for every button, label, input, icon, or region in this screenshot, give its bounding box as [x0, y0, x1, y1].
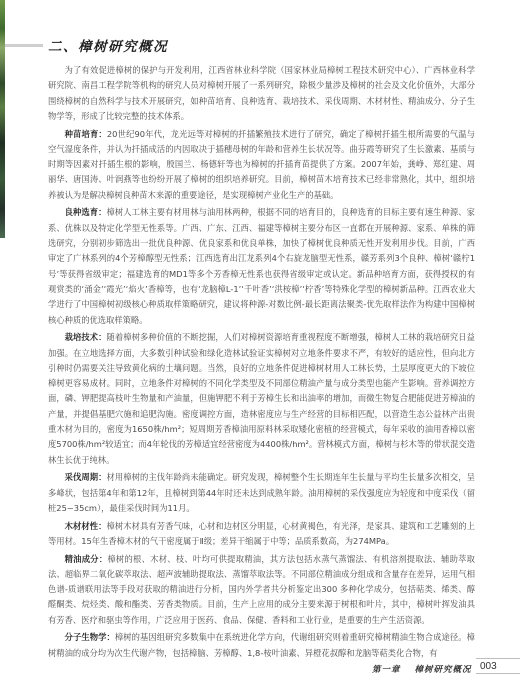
heading-accent-bar [5, 44, 43, 47]
decorative-foliage-strip [0, 0, 5, 238]
paragraph-term: 木材材性： [65, 521, 107, 531]
paragraph-wood: 木材材性：樟树木材具有芳香气味，心材和边材区分明显，心材黄褐色，有光泽，是家具、… [48, 519, 475, 550]
paragraph-essential-oil: 精油成分：樟树的根、木材、枝、叶均可供提取精油，其方法包括水蒸气蒸馏法、有机溶剂… [48, 552, 475, 628]
paragraph-term: 精油成分： [65, 554, 108, 564]
section-heading: 二、樟树研究概况 [48, 35, 168, 55]
paragraph-text: 随着樟树多种价值的不断挖掘，人们对樟树资源培育重视程度不断增强，樟树人工林的栽培… [48, 332, 475, 464]
paragraph-term: 良种选育： [65, 207, 107, 217]
paragraph-term: 栽培技术： [65, 332, 107, 342]
paragraph-term: 采伐周期： [65, 472, 107, 482]
paragraph-text: 樟树人工林主要有材用林与油用林两种，根据不同的培育目的，良种选育的目标主要有速生… [48, 207, 475, 324]
paragraph-text: 樟树的根、木材、枝、叶均可供提取精油，其方法包括水蒸气蒸馏法、有机溶剂提取法、辅… [48, 554, 475, 625]
chapter-title: 樟树研究概况 [415, 665, 472, 675]
paragraph-breeding: 良种选育：樟树人工林主要有材用林与油用林两种，根据不同的培育目的，良种选育的目标… [48, 205, 475, 327]
paragraph-term: 分子生物学： [65, 632, 115, 642]
paragraph-text: 为了有效促进樟树的保护与开发利用，江西省林业科学院（国家林业局樟树工程技术研究中… [48, 65, 475, 121]
paragraph-harvest: 采伐周期：材用樟树的主伐年龄尚未能确定。研究发现，樟树整个生长期连年生长量与平均… [48, 470, 475, 516]
page-number: 003 [476, 658, 520, 674]
paragraph-seedling: 种苗培育：20世纪90年代，龙光远等对樟树的扦插繁殖技术进行了研究，确定了樟树扦… [48, 127, 475, 203]
paragraph-intro: 为了有效促进樟树的保护与开发利用，江西省林业科学院（国家林业局樟树工程技术研究中… [48, 63, 475, 124]
paragraph-molecular: 分子生物学：樟树的基因组研究多数集中在系统进化学方向，代谢组研究则着重研究樟树精… [48, 630, 475, 661]
chapter-label: 第一章 [372, 665, 401, 675]
paragraph-text: 材用樟树的主伐年龄尚未能确定。研究发现，樟树整个生长期连年生长量与平均生长量多次… [48, 472, 475, 513]
body-text: 为了有效促进樟树的保护与开发利用，江西省林业科学院（国家林业局樟树工程技术研究中… [48, 63, 475, 663]
paragraph-text: 20世纪90年代，龙光远等对樟树的扦插繁殖技术进行了研究，确定了樟树扦插生根所需… [48, 129, 475, 200]
paragraph-text: 樟树木材具有芳香气味，心材和边材区分明显，心材黄褐色，有光泽，是家具、建筑和工艺… [48, 521, 475, 546]
running-footer: 第一章樟树研究概况 [372, 663, 472, 675]
paragraph-term: 种苗培育： [65, 129, 107, 139]
paragraph-cultivation: 栽培技术：随着樟树多种价值的不断挖掘，人们对樟树资源培育重视程度不断增强，樟树人… [48, 330, 475, 468]
